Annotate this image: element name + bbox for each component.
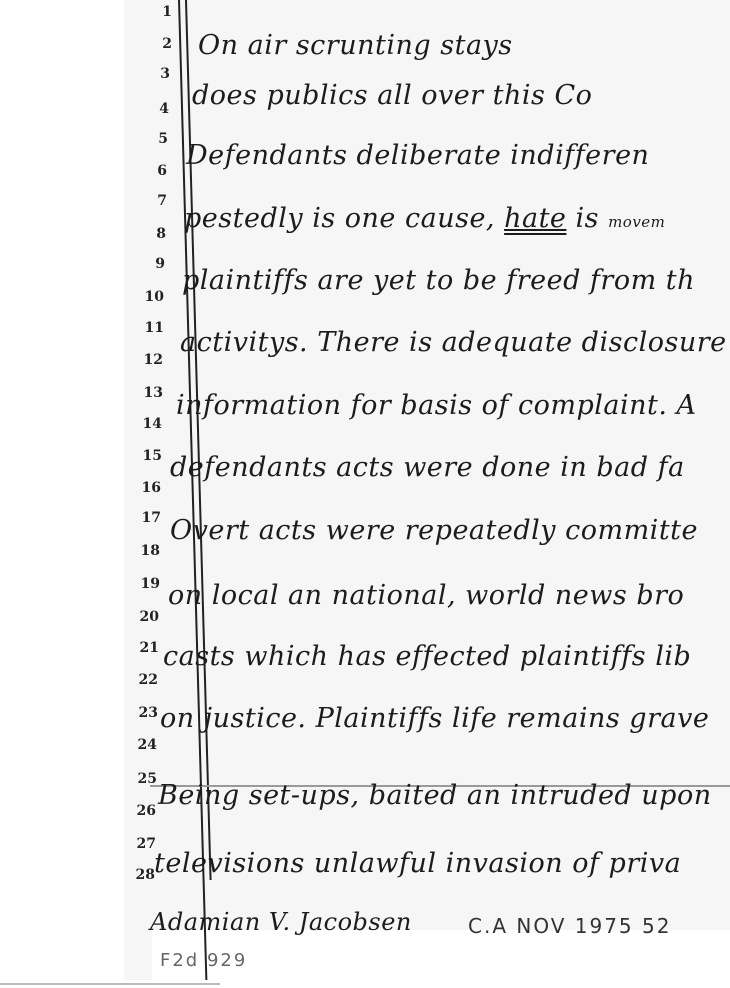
line-number: 23 (128, 705, 158, 721)
line-number: 2 (142, 36, 172, 52)
line-number: 26 (126, 803, 156, 819)
handwritten-line: Being set-ups, baited an intruded upon (158, 780, 712, 811)
line-number: 5 (138, 131, 168, 147)
line-number: 7 (137, 193, 167, 209)
line-text-small: movem (608, 213, 665, 231)
line-number: 25 (127, 771, 157, 787)
scan-bottom-edge (0, 983, 220, 985)
line-number: 13 (133, 385, 163, 401)
line-number: 16 (131, 480, 161, 496)
line-number: 19 (130, 576, 160, 592)
handwritten-line: plaintiffs are yet to be freed from th (182, 265, 695, 296)
handwritten-line: on local an national, world news bro (168, 580, 684, 611)
citation-case-name: Adamian V. Jacobsen (150, 908, 412, 936)
handwritten-line: does publics all over this Co (192, 80, 592, 111)
line-text: pestedly is one cause, (184, 203, 504, 234)
line-number: 24 (127, 737, 157, 753)
line-number: 15 (132, 448, 162, 464)
line-number: 20 (129, 609, 159, 625)
handwritten-line: televisions unlawful invasion of priva (154, 848, 681, 879)
handwritten-line: casts which has effected plaintiffs lib (163, 641, 691, 672)
handwritten-line: information for basis of complaint. A (176, 390, 697, 421)
line-text: is (566, 203, 608, 234)
line-number: 27 (126, 836, 156, 852)
line-number: 9 (135, 256, 165, 272)
line-number: 6 (137, 163, 167, 179)
handwritten-line: pestedly is one cause, hate is movem (184, 203, 665, 234)
citation-volume-page: F2d 929 (160, 950, 247, 971)
handwritten-line: Overt acts were repeatedly committe (170, 515, 698, 546)
line-number: 4 (139, 101, 169, 117)
line-number: 18 (130, 543, 160, 559)
line-number: 17 (131, 510, 161, 526)
underlined-word: hate (504, 203, 566, 234)
line-number: 3 (140, 66, 170, 82)
line-number: 21 (129, 640, 159, 656)
citation-reporter: C.A NOV 1975 52 (468, 914, 671, 938)
line-number: 8 (136, 226, 166, 242)
handwritten-line: defendants acts were done in bad fa (170, 452, 685, 483)
handwritten-line: on justice. Plaintiffs life remains grav… (160, 703, 709, 734)
line-number: 28 (125, 867, 155, 883)
handwritten-line: Defendants deliberate indifferen (186, 140, 649, 171)
line-number: 22 (128, 672, 158, 688)
handwritten-line: On air scrunting stays (198, 30, 513, 61)
handwritten-line: activitys. There is adequate disclosure (180, 327, 727, 358)
line-number: 11 (134, 320, 164, 336)
line-number: 10 (134, 289, 164, 305)
line-number: 12 (133, 352, 163, 368)
line-number: 1 (142, 4, 172, 20)
line-number: 14 (132, 416, 162, 432)
